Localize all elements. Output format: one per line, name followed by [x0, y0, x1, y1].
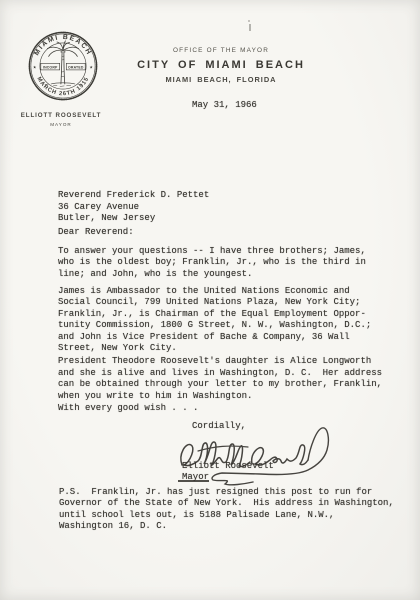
- seal-banner-right-text: ORATED: [68, 65, 84, 69]
- letterhead-heading: OFFICE OF THE MAYOR CITY OF MIAMI BEACH …: [91, 47, 351, 84]
- seal-arc-top-text: MIAMI BEACH: [33, 34, 92, 57]
- seal-banner: INCORP ORATED: [41, 63, 85, 70]
- scan-artifact: [248, 20, 254, 32]
- closing-line: With every good wish . . .: [58, 403, 198, 415]
- typed-signature-name: Elliott Roosevelt: [182, 461, 274, 473]
- title-underline: [178, 480, 209, 482]
- body-paragraph-1: To answer your questions -- I have three…: [58, 246, 366, 281]
- body-paragraph-3: President Theodore Roosevelt's daughter …: [58, 356, 382, 402]
- letterhead-official-title: MAYOR: [13, 122, 109, 127]
- letterhead-official-name: ELLIOTT ROOSEVELT: [13, 112, 109, 119]
- letter-date: May 31, 1966: [192, 100, 257, 112]
- seal-star-left-icon: ★: [33, 64, 37, 69]
- seal-banner-left-text: INCORP: [43, 65, 58, 69]
- miami-beach-florida-line: MIAMI BEACH, FLORIDA: [91, 75, 351, 84]
- letter-page: MIAMI BEACH MARCH 26TH 1915 ★ ★: [0, 0, 420, 600]
- salutation: Dear Reverend:: [58, 227, 134, 239]
- city-seal-icon: MIAMI BEACH MARCH 26TH 1915 ★ ★: [27, 30, 99, 102]
- office-of-the-mayor-line: OFFICE OF THE MAYOR: [91, 47, 351, 54]
- svg-text:MIAMI BEACH: MIAMI BEACH: [33, 34, 92, 57]
- city-of-miami-beach-line: CITY OF MIAMI BEACH: [91, 59, 351, 71]
- recipient-address-block: Reverend Frederick D. Pettet 36 Carey Av…: [58, 190, 209, 225]
- body-paragraph-2: James is Ambassador to the United Nation…: [58, 286, 371, 356]
- letterhead-official-block: ELLIOTT ROOSEVELT MAYOR: [13, 112, 109, 127]
- postscript-block: P.S. Franklin, Jr. has just resigned thi…: [59, 487, 394, 533]
